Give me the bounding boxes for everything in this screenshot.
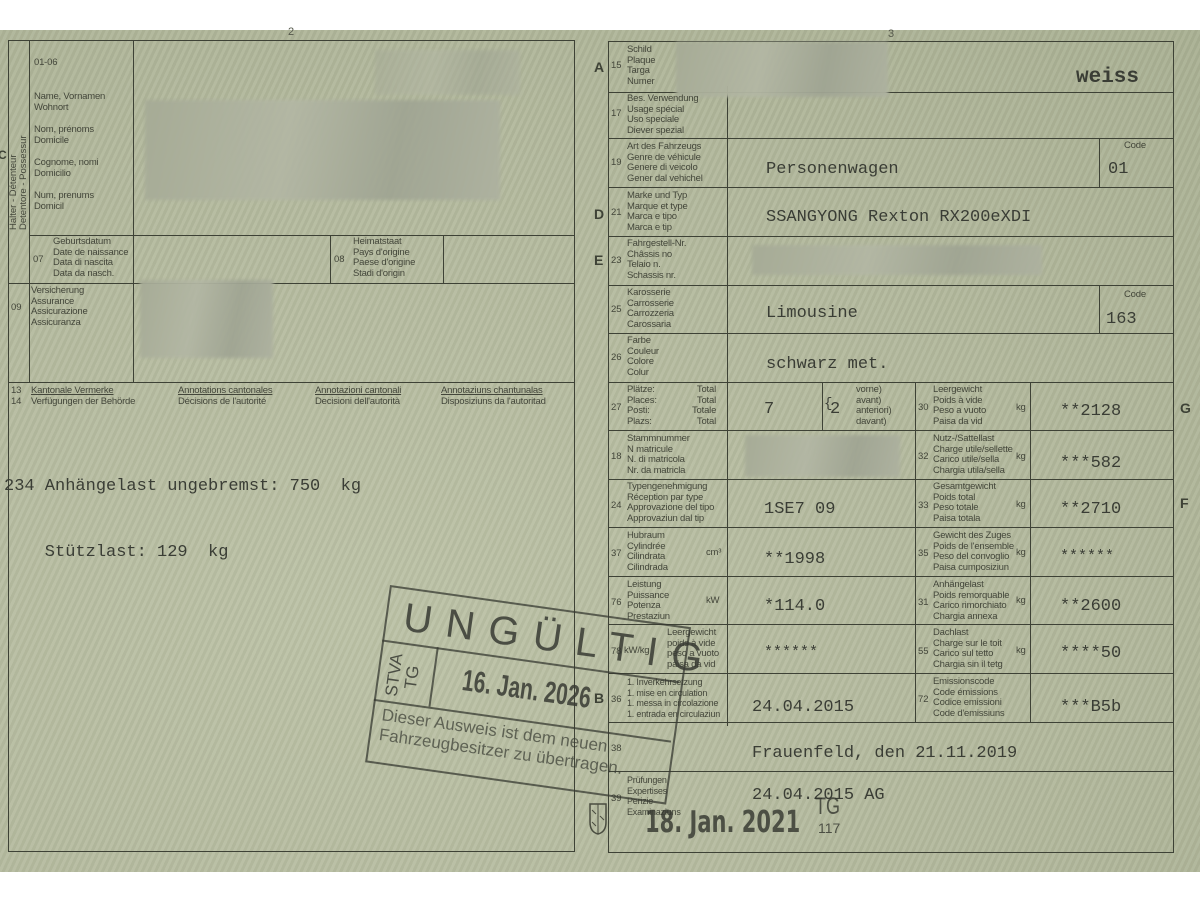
type-approval-value: 1SE7 09 — [764, 500, 835, 519]
power-value: *114.0 — [764, 597, 825, 616]
stamp-authority: STVA TG — [383, 652, 425, 700]
divider — [133, 40, 134, 383]
divider — [608, 138, 1174, 139]
field-08-number: 08 — [334, 254, 345, 265]
field-30-unit: kg — [1016, 403, 1026, 414]
divider — [822, 382, 823, 430]
holder-redacted-top — [375, 50, 520, 95]
total-weight-value: **2710 — [1060, 500, 1121, 519]
annotation-header-it: Annotazioni cantonaliDecisioni dell'auto… — [315, 386, 401, 407]
divider — [1030, 382, 1031, 722]
registration-document: 2 3 C Halter - Détenteur Detentore - Pos… — [0, 30, 1200, 872]
divider — [608, 236, 1174, 237]
field-23-number: 23 — [611, 255, 622, 266]
field-35-unit: kg — [1016, 548, 1026, 559]
divider — [443, 235, 444, 283]
master-number-redacted — [745, 435, 900, 477]
annotation-numbers: 1314 — [11, 386, 21, 407]
field-15-number: 15 — [611, 60, 622, 71]
field-55-unit: kg — [1016, 646, 1026, 657]
vehicle-type-value: Personenwagen — [766, 160, 899, 179]
divider — [608, 333, 1174, 334]
plate-redacted — [676, 42, 888, 97]
field-76-labels: LeistungPuissancePotenzaPrestaziun — [627, 580, 670, 622]
field-27-totals: TotalTotalTotaleTotal — [692, 385, 716, 427]
divider — [1099, 138, 1100, 187]
seats-front-value: 2 — [830, 400, 840, 419]
field-35-number: 35 — [918, 548, 929, 559]
field-17-labels: Bes. VerwendungUsage spécialUso speciale… — [627, 94, 698, 136]
divider — [608, 527, 1174, 528]
first-registration-value: 24.04.2015 — [752, 698, 854, 717]
marker-g: G — [1180, 400, 1191, 416]
field-32-number: 32 — [918, 451, 929, 462]
field-01-06-number: 01-06 — [34, 58, 57, 69]
field-17-number: 17 — [611, 108, 622, 119]
field-32-unit: kg — [1016, 452, 1026, 463]
emission-code-value: ***B5b — [1060, 698, 1121, 717]
divider — [608, 285, 1174, 286]
divider — [608, 187, 1174, 188]
divider — [29, 40, 30, 383]
field-35-labels: Gewicht des ZugesPoids de l'ensemblePeso… — [933, 531, 1014, 573]
field-76-number: 76 — [611, 597, 622, 608]
field-07-number: 07 — [33, 254, 44, 265]
annotation-header-rm: Annotaziuns chantunalasDisposiziuns da l… — [441, 386, 546, 407]
field-31-unit: kg — [1016, 596, 1026, 607]
field-09-labels: VersicherungAssurance AssicurazioneAssic… — [31, 286, 88, 328]
field-21-labels: Marke und TypMarque et typeMarca e tipoM… — [627, 191, 688, 233]
field-33-number: 33 — [918, 500, 929, 511]
page-number-left: 2 — [288, 26, 294, 38]
divider — [330, 235, 331, 283]
page-number-right: 3 — [888, 28, 894, 40]
field-55-number: 55 — [918, 646, 929, 657]
divider — [608, 624, 1174, 625]
field-33-labels: GesamtgewichtPoids totalPeso totalePaisa… — [933, 482, 996, 524]
divider — [8, 283, 575, 284]
displacement-value: **1998 — [764, 550, 825, 569]
field-31-number: 31 — [918, 597, 929, 608]
empty-weight-value: **2128 — [1060, 402, 1121, 421]
field-25-number: 25 — [611, 304, 622, 315]
divider — [727, 86, 728, 726]
field-19-labels: Art des FahrzeugsGenre de véhiculeGenere… — [627, 142, 703, 184]
field-19-number: 19 — [611, 157, 622, 168]
field-26-labels: FarbeCouleurColoreColur — [627, 336, 659, 378]
divider — [8, 382, 575, 383]
field-76-unit: kW — [706, 596, 719, 607]
field-07-labels: GeburtsdatumDate de naissance Data di na… — [53, 237, 128, 279]
field-08-labels: HeimatstaatPays d'origine Paese d'origin… — [353, 237, 415, 279]
field-55-labels: DachlastCharge sur le toitCarico sul tet… — [933, 628, 1003, 670]
divider — [1099, 285, 1100, 333]
seats-total-value: 7 — [764, 400, 774, 419]
divider — [608, 382, 1174, 383]
chassis-redacted — [752, 245, 1042, 275]
train-weight-value: ****** — [1060, 548, 1114, 565]
field-18-number: 18 — [611, 451, 622, 462]
field-24-labels: TypengenehmigungRéception par typeApprov… — [627, 482, 714, 524]
divider — [608, 479, 1174, 480]
field-21-number: 21 — [611, 207, 622, 218]
field-25-labels: KarosserieCarrosserieCarrozzeriaCarossar… — [627, 288, 674, 330]
field-72-labels: EmissionscodeCode émissionsCodice emissi… — [933, 677, 1004, 719]
body-type-code-label: Code — [1124, 290, 1146, 301]
field-18-labels: StammnummerN matriculeN. di matricolaNr.… — [627, 434, 690, 476]
field-30-number: 30 — [918, 402, 929, 413]
insurance-redacted — [140, 280, 273, 358]
vehicle-type-code-label: Code — [1124, 141, 1146, 152]
field-72-number: 72 — [918, 694, 929, 705]
inspection-stamp-canton: TG — [815, 793, 840, 821]
color-value: schwarz met. — [766, 355, 888, 374]
field-37-number: 37 — [611, 548, 622, 559]
issue-place-date: Frauenfeld, den 21.11.2019 — [752, 744, 1017, 763]
roof-load-value: ****50 — [1060, 644, 1121, 663]
make-model-value: SSANGYONG Rexton RX200eXDI — [766, 208, 1031, 227]
field-32-labels: Nutz-/SattellastCharge utile/selletteCar… — [933, 434, 1013, 476]
power-weight-value: ****** — [764, 644, 818, 661]
divider — [608, 771, 1174, 772]
marker-a: A — [594, 59, 604, 75]
annotation-header-fr: Annotations cantonalesDécisions de l'aut… — [178, 386, 272, 407]
annotation-header-de: Kantonale VermerkeVerfügungen der Behörd… — [31, 386, 135, 407]
section-letter-c: C — [0, 148, 7, 162]
divider — [608, 576, 1174, 577]
seats-front-labels: vorne)avant)anteriori)davant) — [856, 385, 892, 427]
field-27-labels: Plätze:Places:Posti:Plazs: — [627, 385, 657, 427]
field-09-number: 09 — [11, 302, 22, 313]
divider — [915, 382, 916, 722]
body-type-value: Limousine — [766, 304, 858, 323]
field-26-number: 26 — [611, 352, 622, 363]
holder-vertical-label-2: Detentore - Possessur — [19, 135, 29, 230]
field-23-labels: Fahrgestell-Nr.Châssis noTelaio n.Schass… — [627, 239, 686, 281]
field-31-labels: AnhängelastPoids remorquableCarico rimor… — [933, 580, 1009, 622]
field-33-unit: kg — [1016, 500, 1026, 511]
field-01-06-labels: Name, VornamenWohnort Nom, prénomsDomici… — [34, 92, 105, 212]
field-37-unit: cm³ — [706, 548, 721, 559]
plate-color: weiss — [1076, 66, 1139, 89]
marker-f: F — [1180, 495, 1189, 511]
divider — [608, 430, 1174, 431]
annotation-text: 234 Anhängelast ungebremst: 750 kg Stütz… — [4, 432, 361, 608]
field-27-number: 27 — [611, 402, 622, 413]
vehicle-type-code: 01 — [1108, 160, 1128, 179]
field-24-number: 24 — [611, 500, 622, 511]
marker-e: E — [594, 252, 603, 268]
inspection-stamp-code: 117 — [818, 820, 840, 836]
field-15-labels: SchildPlaqueTargaNumer — [627, 45, 655, 87]
holder-name-redacted — [145, 100, 500, 200]
trailer-load-value: **2600 — [1060, 597, 1121, 616]
payload-value: ***582 — [1060, 454, 1121, 473]
body-type-code: 163 — [1106, 310, 1137, 329]
field-37-labels: HubraumCylindréeCilindrataCilindrada — [627, 531, 668, 573]
field-30-labels: LeergewichtPoids à videPeso a vuotoPaisa… — [933, 385, 986, 427]
marker-d: D — [594, 206, 604, 222]
